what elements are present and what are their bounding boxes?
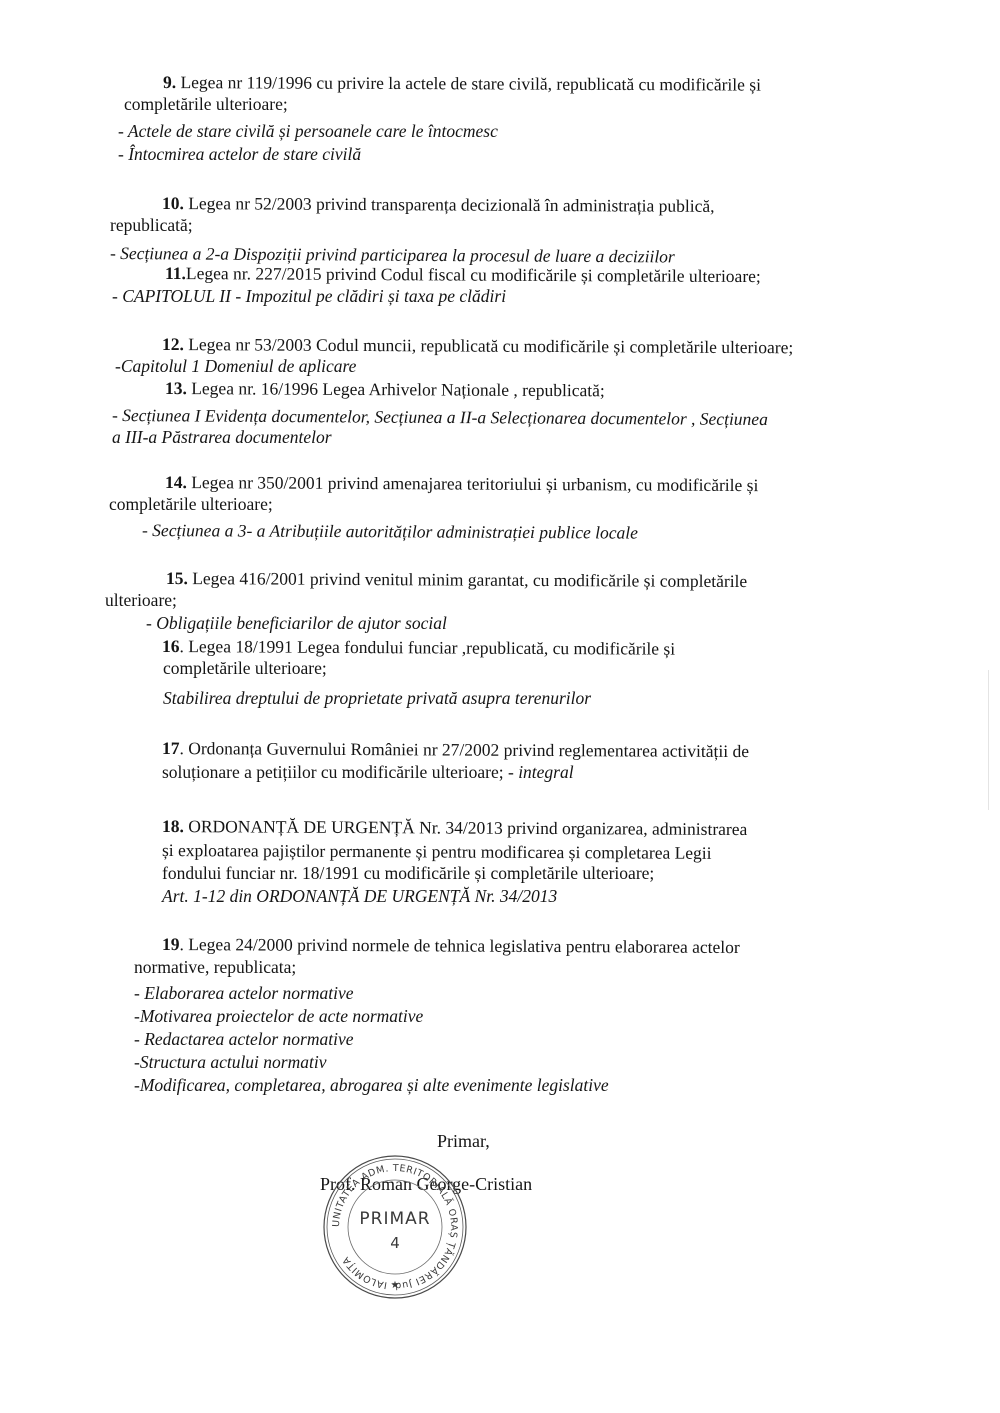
item-9-sub-1: - Actele de stare civilă și persoanele c… xyxy=(118,120,498,142)
stamp-number: 4 xyxy=(390,1234,400,1252)
item-11-heading: 11.Legea nr. 227/2015 privind Codul fisc… xyxy=(165,262,761,287)
item-16-sub-1: Stabilirea dreptului de proprietate priv… xyxy=(163,687,591,709)
item-15-heading: 15. Legea 416/2001 privind venitul minim… xyxy=(166,567,747,592)
item-text: Legea nr. 16/1996 Legea Arhivelor Națion… xyxy=(187,378,605,400)
item-9-heading: 9. Legea nr 119/1996 cu privire la actel… xyxy=(163,71,761,96)
item-number: 15. xyxy=(166,568,188,588)
item-number: 17 xyxy=(162,738,180,758)
item-number: 9. xyxy=(163,72,176,92)
item-18-heading: 18. ORDONANȚĂ DE URGENȚĂ Nr. 34/2013 pri… xyxy=(162,815,747,840)
item-number: 11. xyxy=(165,263,186,283)
item-10-heading: 10. Legea nr 52/2003 privind transparenț… xyxy=(162,192,715,217)
item-text: Legea nr 52/2003 privind transparența de… xyxy=(184,193,715,216)
item-text: . Legea 24/2000 privind normele de tehni… xyxy=(179,934,739,957)
stamp-title: PRIMAR xyxy=(359,1209,430,1229)
item-number: 19 xyxy=(162,934,180,954)
item-number: 18. xyxy=(162,816,184,836)
item-16-heading-cont: completările ulterioare; xyxy=(163,657,327,679)
item-13-heading: 13. Legea nr. 16/1996 Legea Arhivelor Na… xyxy=(165,377,605,401)
item-text: Legea 416/2001 privind venitul minim gar… xyxy=(188,568,747,591)
item-19-sub-4: -Structura actului normativ xyxy=(134,1051,326,1073)
item-scope: integral xyxy=(518,762,573,782)
item-18-heading-cont: și exploatarea pajiștilor permanente și … xyxy=(162,839,712,864)
item-15-sub-1: - Obligațiile beneficiarilor de ajutor s… xyxy=(146,612,447,634)
item-number: 14. xyxy=(165,472,187,492)
item-text: . Legea 18/1991 Legea fondului funciar ,… xyxy=(179,636,675,659)
item-14-sub-1: - Secțiunea a 3- a Atribuțiile autorităț… xyxy=(142,519,638,544)
item-12-sub-1: -Capitolul 1 Domeniul de aplicare xyxy=(115,355,356,377)
item-text: soluționare a petițiilor cu modificările… xyxy=(162,762,518,782)
item-18-heading-cont-2: fondului funciar nr. 18/1991 cu modifică… xyxy=(162,862,654,884)
item-19-sub-5: -Modificarea, completarea, abrogarea și … xyxy=(134,1074,609,1096)
item-19-sub-3: - Redactarea actelor normative xyxy=(134,1028,354,1050)
item-19-heading-cont: normative, republicata; xyxy=(134,956,296,978)
item-15-heading-cont: ulterioare; xyxy=(105,589,177,611)
item-text: Legea nr. 227/2015 privind Codul fiscal … xyxy=(186,263,761,286)
item-19-sub-2: -Motivarea proiectelor de acte normative xyxy=(134,1005,423,1027)
item-9-sub-2: - Întocmirea actelor de stare civilă xyxy=(118,143,361,165)
item-text: . Ordonanța Guvernului României nr 27/20… xyxy=(179,738,749,761)
scan-edge-line xyxy=(988,670,989,810)
item-17-heading: 17. Ordonanța Guvernului României nr 27/… xyxy=(162,737,749,762)
item-19-heading: 19. Legea 24/2000 privind normele de teh… xyxy=(162,933,740,958)
item-text: Legea nr 119/1996 cu privire la actele d… xyxy=(176,72,761,95)
item-number: 13. xyxy=(165,378,187,398)
item-17-heading-cont: soluționare a petițiilor cu modificările… xyxy=(162,761,574,783)
item-16-heading: 16. Legea 18/1991 Legea fondului funciar… xyxy=(162,635,675,660)
stamp-star-icon: ★ xyxy=(391,1280,400,1291)
item-text: ORDONANȚĂ DE URGENȚĂ Nr. 34/2013 privind… xyxy=(184,816,748,839)
item-number: 12. xyxy=(162,334,184,354)
item-text: Legea nr 53/2003 Codul muncii, republica… xyxy=(184,334,793,357)
item-18-sub-1: Art. 1-12 din ORDONANȚĂ DE URGENȚĂ Nr. 3… xyxy=(162,885,557,907)
official-stamp-icon: UNITATEA ADM. TERITORIALĂ ORAȘ ȚĂNDĂREI … xyxy=(320,1152,470,1302)
item-11-sub-1: - CAPITOLUL II - Impozitul pe clădiri și… xyxy=(112,285,506,307)
item-number: 10. xyxy=(162,193,184,213)
item-13-sub-2: a III-a Păstrarea documentelor xyxy=(112,426,332,448)
item-14-heading-cont: completările ulterioare; xyxy=(109,493,273,515)
item-19-sub-1: - Elaborarea actelor normative xyxy=(134,982,354,1004)
signature-title: Primar, xyxy=(437,1130,490,1152)
item-9-heading-cont: completările ulterioare; xyxy=(124,93,288,115)
item-number: 16 xyxy=(162,636,180,656)
document-page: 9. Legea nr 119/1996 cu privire la actel… xyxy=(0,0,1000,1413)
item-10-heading-cont: republicată; xyxy=(110,214,193,236)
item-text: Legea nr 350/2001 privind amenajarea ter… xyxy=(187,472,759,495)
